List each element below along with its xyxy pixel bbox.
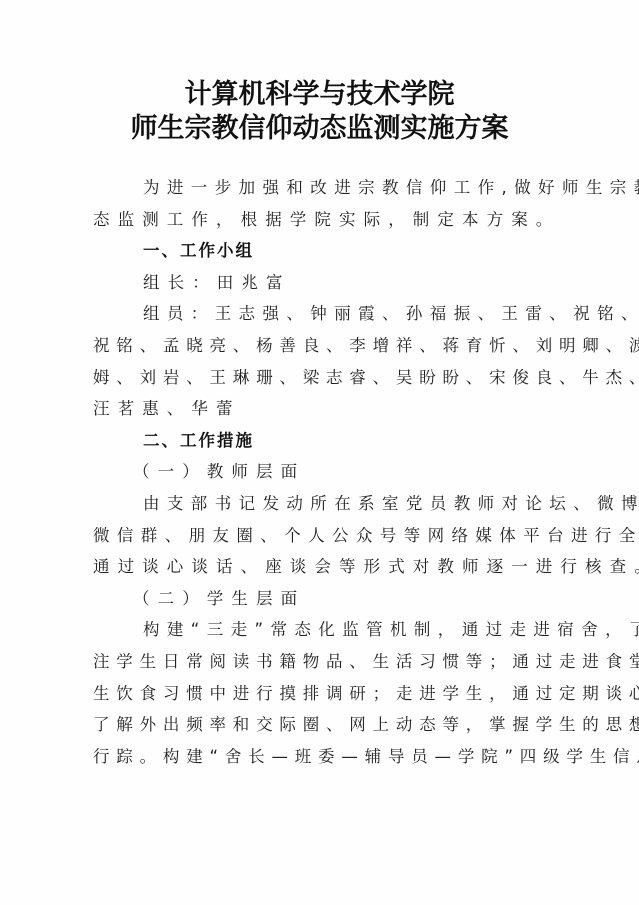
students-paragraph-line: 行踪。构建“舍长—班委—辅导员—学院”四级学生信息反馈 bbox=[93, 741, 549, 773]
subsection-heading-students: （二）学生层面 bbox=[93, 583, 549, 615]
title-line-2: 师生宗教信仰动态监测实施方案 bbox=[0, 112, 639, 146]
teachers-paragraph-line: 通过谈心谈话、座谈会等形式对教师逐一进行核查。 bbox=[93, 551, 549, 583]
teachers-paragraph-line: 微信群、朋友圈、个人公众号等网络媒体平台进行全面排查, bbox=[93, 520, 549, 552]
section-heading-work-measures: 二、工作措施 bbox=[93, 425, 549, 457]
intro-paragraph-line: 为进一步加强和改进宗教信仰工作,做好师生宗教信仰动 bbox=[93, 172, 549, 204]
subsection-heading-teachers: （一）教师层面 bbox=[93, 456, 549, 488]
title-line-1: 计算机科学与技术学院 bbox=[0, 78, 639, 112]
students-paragraph-line: 注学生日常阅读书籍物品、生活习惯等；通过走进食堂，从学 bbox=[93, 646, 549, 678]
group-members-line: 组员：王志强、钟丽霞、孙福振、王雷、祝铭、曲志坚、 bbox=[93, 298, 549, 330]
document-body: 为进一步加强和改进宗教信仰工作,做好师生宗教信仰动 态监测工作，根据学院实际，制… bbox=[93, 172, 549, 772]
students-paragraph-line: 生饮食习惯中进行摸排调研；走进学生，通过定期谈心谈话、 bbox=[93, 678, 549, 710]
section-heading-work-group: 一、工作小组 bbox=[93, 235, 549, 267]
teachers-paragraph-line: 由支部书记发动所在系室党员教师对论坛、微博、QQ群、 bbox=[93, 488, 549, 520]
intro-paragraph-line: 态监测工作，根据学院实际，制定本方案。 bbox=[93, 204, 549, 236]
students-paragraph-line: 了解外出频率和交际圈、网上动态等，掌握学生的思想动态和 bbox=[93, 709, 549, 741]
group-members-line: 姆、刘岩、王琳珊、梁志睿、吴盼盼、宋俊良、牛杰、王胜男、 bbox=[93, 362, 549, 394]
group-members-line: 祝铭、孟晓亮、杨善良、李增祥、蒋育忻、刘明卿、波合丽且 bbox=[93, 330, 549, 362]
group-leader: 组长：田兆富 bbox=[93, 267, 549, 299]
students-paragraph-line: 构建“三走”常态化监管机制，通过走进宿舍，了解和关 bbox=[93, 614, 549, 646]
document-title: 计算机科学与技术学院 师生宗教信仰动态监测实施方案 bbox=[0, 78, 639, 146]
document-page: 计算机科学与技术学院 师生宗教信仰动态监测实施方案 为进一步加强和改进宗教信仰工… bbox=[0, 0, 639, 905]
group-members-line: 汪茗惠、华蕾 bbox=[93, 393, 549, 425]
